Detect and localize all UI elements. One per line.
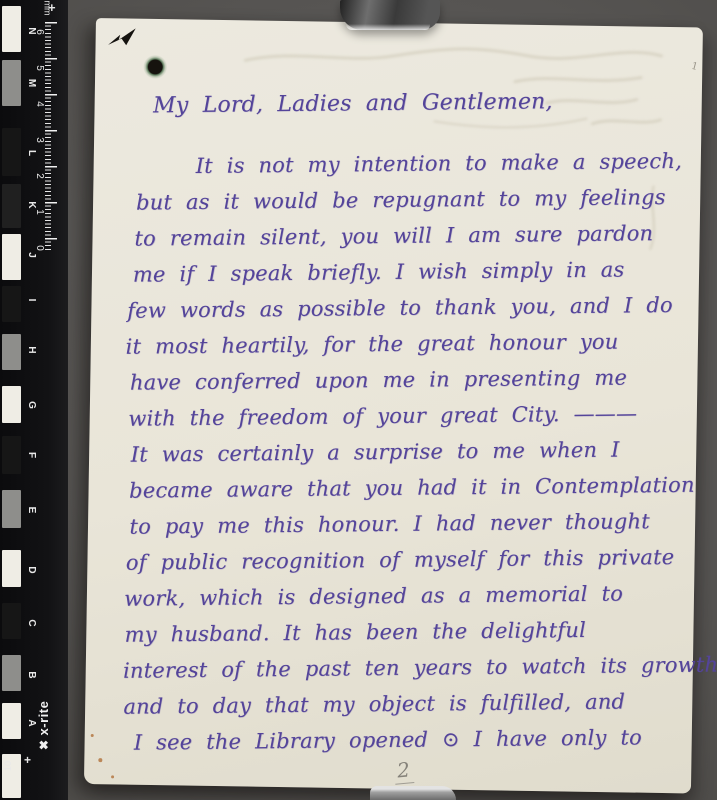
letter-line: work, which is designed as a memorial to [100,575,707,617]
foxing-spot [111,775,114,778]
grayscale-patch [2,703,21,739]
letter-page: 1 My Lord, Ladies and Gentlemen, It is n… [84,18,703,793]
grayscale-patch [2,184,21,228]
grayscale-patch [2,234,21,280]
patch-letter: D [24,563,38,577]
letter-body: My Lord, Ladies and Gentlemen, It is not… [95,83,709,761]
grayscale-patch [2,386,21,423]
patch-letter: M [24,76,38,90]
xrite-wordmark: x-rite [36,701,51,736]
ruler-number: 3 [33,134,45,146]
corner-pencil-mark: 1 [690,61,699,73]
grayscale-patch [2,655,21,691]
ruler-number-bottom: 10 [3,755,13,771]
patch-letter: H [24,343,38,357]
ink-blot-mark [105,26,141,53]
grayscale-patch [2,128,21,176]
grayscale-patch [2,436,21,474]
patch-letter: N [24,24,38,38]
grayscale-patch [2,286,21,322]
letter-salutation: My Lord, Ladies and Gentlemen, [95,83,702,125]
xrite-logo: ✖x-rite [36,701,51,750]
photo-background: + mm 6 5 4 3 2 1 0 N M L K J I H G F E D… [0,0,717,800]
patch-letter: G [24,398,38,412]
grayscale-patch [2,603,21,639]
ruler-unit-label: mm [43,1,53,16]
patch-letter: K [24,198,38,212]
patch-letter: C [24,616,38,630]
grayscale-patch [2,550,21,587]
foxing-spot [91,734,94,737]
ruler-number: 5 [33,62,45,74]
patch-letter: E [24,503,38,517]
patch-letter: B [24,668,38,682]
ruler-number: 4 [33,98,45,110]
page-number: 2 [393,757,414,785]
patch-letter: L [24,146,38,160]
clip-top [340,0,440,30]
clip-bottom [370,786,456,800]
patch-letter: F [24,448,38,462]
calibration-strip: + mm 6 5 4 3 2 1 0 N M L K J I H G F E D… [0,0,68,800]
patch-letter: I [24,293,38,307]
ruler-major-ticks [45,22,57,253]
xrite-x-icon: ✖ [37,739,51,750]
patch-letter: J [24,248,38,262]
grayscale-patch [2,6,21,52]
crosshair-mark-bottom: + [24,753,31,767]
ruler-number: 2 [33,170,45,182]
letter-line: I see the Library opened ⊙ I have only t… [102,719,709,761]
grayscale-patch [2,334,21,370]
grayscale-patch [2,60,21,106]
grayscale-patch [2,490,21,528]
